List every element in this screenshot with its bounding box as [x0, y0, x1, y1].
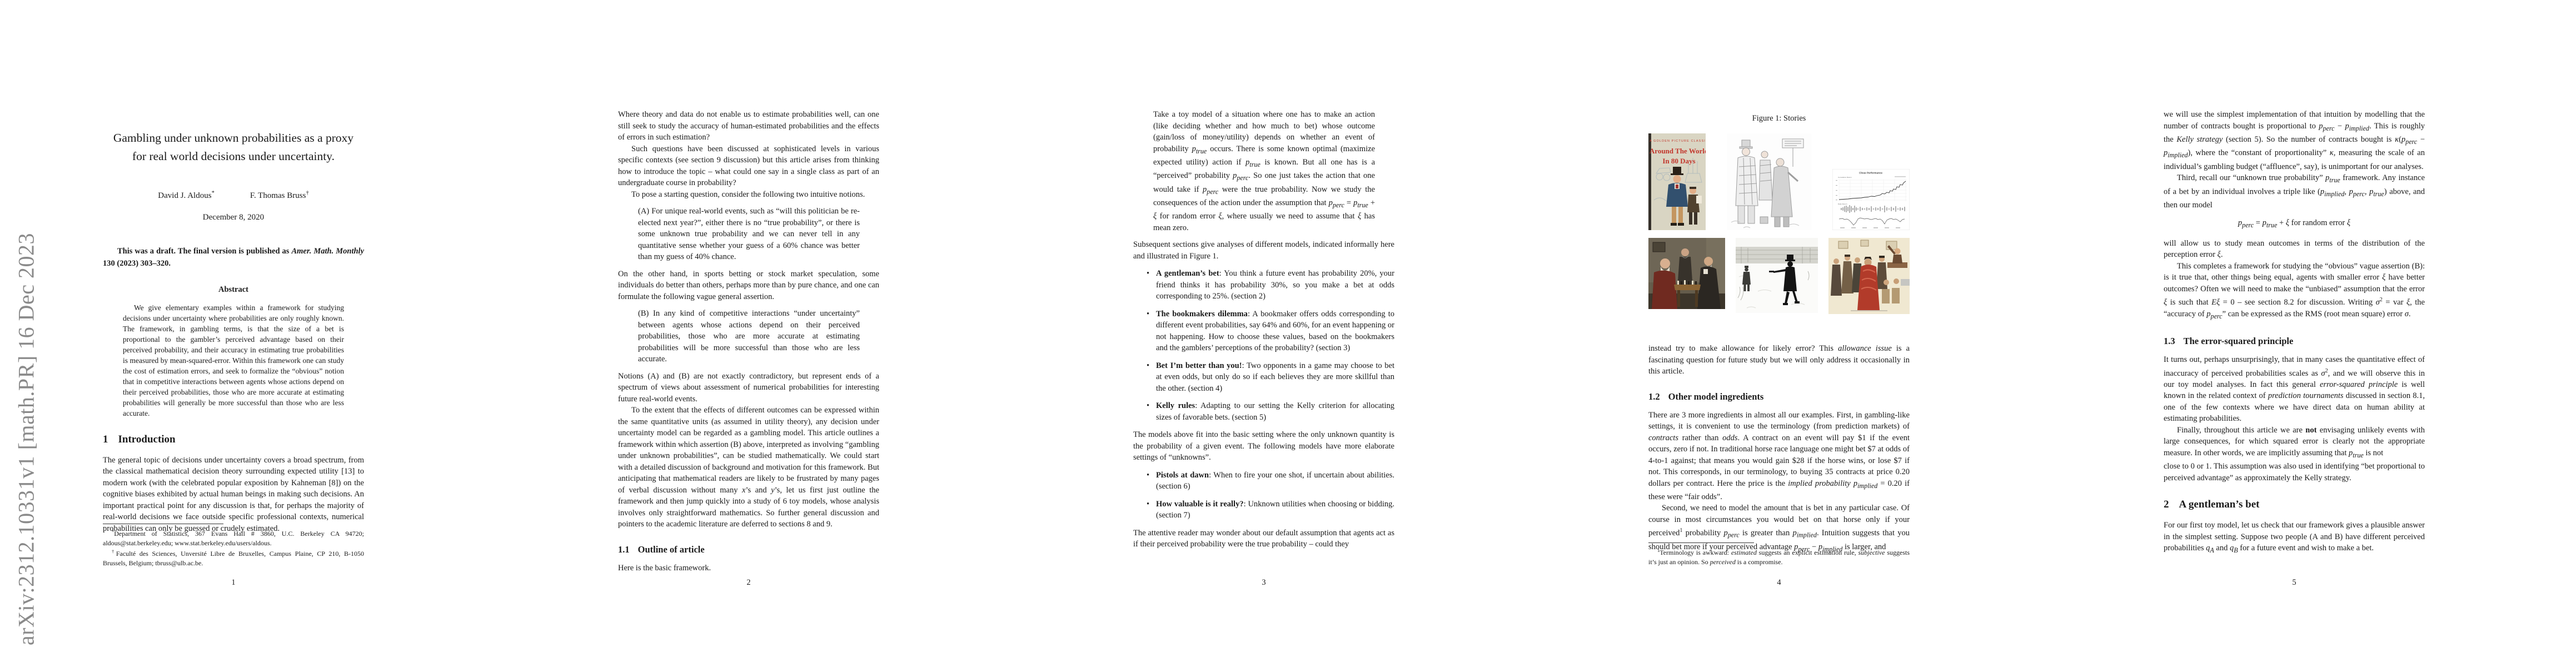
footnote-author-2: †Faculté des Sciences, Unversité Libre d… — [103, 547, 364, 568]
svg-text:Daily Return: Daily Return — [1838, 203, 1847, 205]
notion-a-block: (A) For unique real-world events, such a… — [638, 206, 860, 263]
section-1-2-heading: 1.2Other model ingredients — [1648, 391, 1910, 402]
svg-text:Close Performance: Close Performance — [1859, 172, 1882, 175]
page-1-column: Gambling under unknown probabilities as … — [103, 129, 364, 534]
list-item-how-valuable: How valuable is it really?: Unknown util… — [1147, 499, 1394, 521]
paragraph: It turns out, perhaps unsurprisingly, th… — [2164, 354, 2425, 425]
figure-row-1: A GOLDEN PICTURE CLASSIC Around The Worl… — [1648, 133, 1910, 230]
paragraph: The attentive reader may wonder about ou… — [1133, 527, 1394, 550]
page-number-2: 2 — [618, 578, 879, 588]
paragraph: we will use the simplest implementation … — [2164, 109, 2425, 172]
paper-date: December 8, 2020 — [103, 212, 364, 223]
author-2: F. Thomas Bruss† — [250, 188, 309, 202]
page-2: Where theory and data do not enable us t… — [515, 0, 1030, 667]
page-3-column: Take a toy model of a situation where on… — [1133, 109, 1394, 550]
svg-text:Around The World: Around The World — [1650, 147, 1706, 155]
section-1-1-title: Outline of article — [638, 544, 705, 555]
list-item-gentlemans-bet: A gentleman’s bet: You think a future ev… — [1147, 268, 1394, 302]
section-1-2-title: Other model ingredients — [1668, 391, 1764, 402]
section-1-3-heading: 1.3The error-squared principle — [2164, 335, 2425, 347]
section-1-number: 1 — [103, 434, 108, 445]
intro-paragraph: The general topic of decisions under unc… — [103, 455, 364, 535]
page-1: arXiv:2312.10331v1 [math.PR] 16 Dec 2023… — [0, 0, 515, 667]
section-1-title: Introduction — [118, 434, 176, 445]
page-5: we will use the simplest implementation … — [2061, 0, 2576, 667]
page-5-column: we will use the simplest implementation … — [2164, 109, 2425, 556]
paragraph: On the other hand, in sports betting or … — [618, 268, 879, 303]
section-1-2-number: 1.2 — [1648, 391, 1660, 402]
footnote-rule — [103, 524, 223, 524]
svg-text:Cumulative Return: Cumulative Return — [1838, 176, 1852, 178]
section-1-1-heading: 1.1Outline of article — [618, 544, 879, 555]
model-list-2: Pistols at dawn: When to fire your one s… — [1133, 470, 1394, 521]
section-1-3-number: 1.3 — [2164, 336, 2175, 346]
notion-b-block: (B) In any kind of competitive interacti… — [638, 308, 860, 365]
abstract-heading: Abstract — [103, 284, 364, 296]
page-number-4: 4 — [1648, 578, 1910, 588]
paragraph: For our first toy model, let us check th… — [2164, 520, 2425, 556]
section-1-heading: 1Introduction — [103, 433, 364, 446]
paper-screenshot: { "arxiv": { "watermark": "arXiv:2312.10… — [0, 0, 2576, 667]
duel-scene-image — [1736, 238, 1818, 313]
footnote-terminology: 1Terminology is awkward: estimated sugge… — [1648, 546, 1910, 566]
svg-text:A GOLDEN PICTURE CLASSIC: A GOLDEN PICTURE CLASSIC — [1650, 140, 1706, 143]
section-1-1-number: 1.1 — [618, 544, 630, 555]
gentlemen-sketch-image — [1727, 133, 1811, 230]
figure-row-2 — [1648, 238, 1910, 314]
chess-players-painting-image — [1648, 238, 1725, 309]
page-1-footnotes: *Department of Statistics, 367 Evans Hal… — [103, 524, 364, 568]
paragraph: will allow us to study mean outcomes in … — [2164, 238, 2425, 261]
authors-row: David J. Aldous* F. Thomas Bruss† — [103, 188, 364, 202]
stock-chart-image: Close Performance Cumulative Return Dail… — [1832, 169, 1910, 230]
figure-1-image-grid: A GOLDEN PICTURE CLASSIC Around The Worl… — [1648, 133, 1910, 314]
model-equation: pperc = ptrue + ξ for random error ξ — [2164, 217, 2425, 231]
paragraph: Third, recall our “unknown true probabil… — [2164, 172, 2425, 211]
abstract-text: We give elementary examples within a fra… — [123, 302, 344, 419]
paper-title: Gambling under unknown probabilities as … — [103, 129, 364, 166]
footnote-author-1: *Department of Statistics, 367 Evans Hal… — [103, 527, 364, 547]
paragraph: There are 3 more ingredients in almost a… — [1648, 410, 1910, 503]
auction-room-image — [1828, 238, 1910, 314]
page-number-3: 3 — [1133, 578, 1394, 588]
svg-text:In 80 Days: In 80 Days — [1662, 157, 1695, 165]
paragraph: Where theory and data do not enable us t… — [618, 109, 879, 143]
page-2-column: Where theory and data do not enable us t… — [618, 109, 879, 574]
list-item-pistols-at-dawn: Pistols at dawn: When to fire your one s… — [1147, 470, 1394, 492]
paragraph: To pose a starting question, consider th… — [618, 189, 879, 201]
paragraph: instead try to make allowance for likely… — [1648, 343, 1910, 377]
paper-title-line-1: Gambling under unknown probabilities as … — [103, 129, 364, 147]
paragraph: Such questions have been discussed at so… — [618, 143, 879, 189]
section-2-number: 2 — [2164, 499, 2169, 510]
section-2-title: A gentleman’s bet — [2179, 499, 2260, 510]
list-item-kelly-rules: Kelly rules: Adapting to our setting the… — [1147, 400, 1394, 423]
paragraph: close to 0 or 1. This assumption was als… — [2164, 461, 2425, 484]
page-3: Take a toy model of a situation where on… — [1030, 0, 1546, 667]
page-number-1: 1 — [103, 578, 364, 588]
book-cover-image: A GOLDEN PICTURE CLASSIC Around The Worl… — [1648, 133, 1706, 230]
list-item-bookmakers-dilemma: The bookmakers dilemma: A bookmaker offe… — [1147, 308, 1394, 354]
paragraph: Here is the basic framework. — [618, 563, 879, 574]
paragraph: This completes a framework for studying … — [2164, 261, 2425, 322]
author-1: David J. Aldous* — [158, 188, 215, 202]
arxiv-watermark: arXiv:2312.10331v1 [math.PR] 16 Dec 2023 — [13, 233, 39, 645]
section-2-heading: 2A gentleman’s bet — [2164, 498, 2425, 511]
paragraph: Notions (A) and (B) are not exactly cont… — [618, 371, 879, 405]
paragraph: Subsequent sections give analyses of dif… — [1133, 239, 1394, 262]
framework-block: Take a toy model of a situation where on… — [1153, 109, 1375, 233]
section-1-3-title: The error-squared principle — [2184, 336, 2294, 346]
page-number-5: 5 — [2164, 578, 2425, 588]
page-4-footnotes: 1Terminology is awkward: estimated sugge… — [1648, 542, 1910, 566]
draft-note: This was a draft. The final version is p… — [103, 245, 364, 270]
figure-1-caption: Figure 1: Stories — [1648, 114, 1910, 123]
model-list-1: A gentleman’s bet: You think a future ev… — [1133, 268, 1394, 423]
list-item-bet-im-better: Bet I’m better than you!: Two opponents … — [1147, 360, 1394, 395]
paragraph: The models above fit into the basic sett… — [1133, 429, 1394, 464]
page-4: Figure 1: Stories A GOLDEN PICTURE CLASS… — [1546, 0, 2061, 667]
paragraph: To the extent that the effects of differ… — [618, 405, 879, 530]
paper-title-line-2: for real world decisions under uncertain… — [103, 147, 364, 166]
paragraph: Finally, throughout this article we are … — [2164, 425, 2425, 461]
page-4-column: instead try to make allowance for likely… — [1648, 343, 1910, 555]
footnote-rule — [1648, 542, 1754, 543]
